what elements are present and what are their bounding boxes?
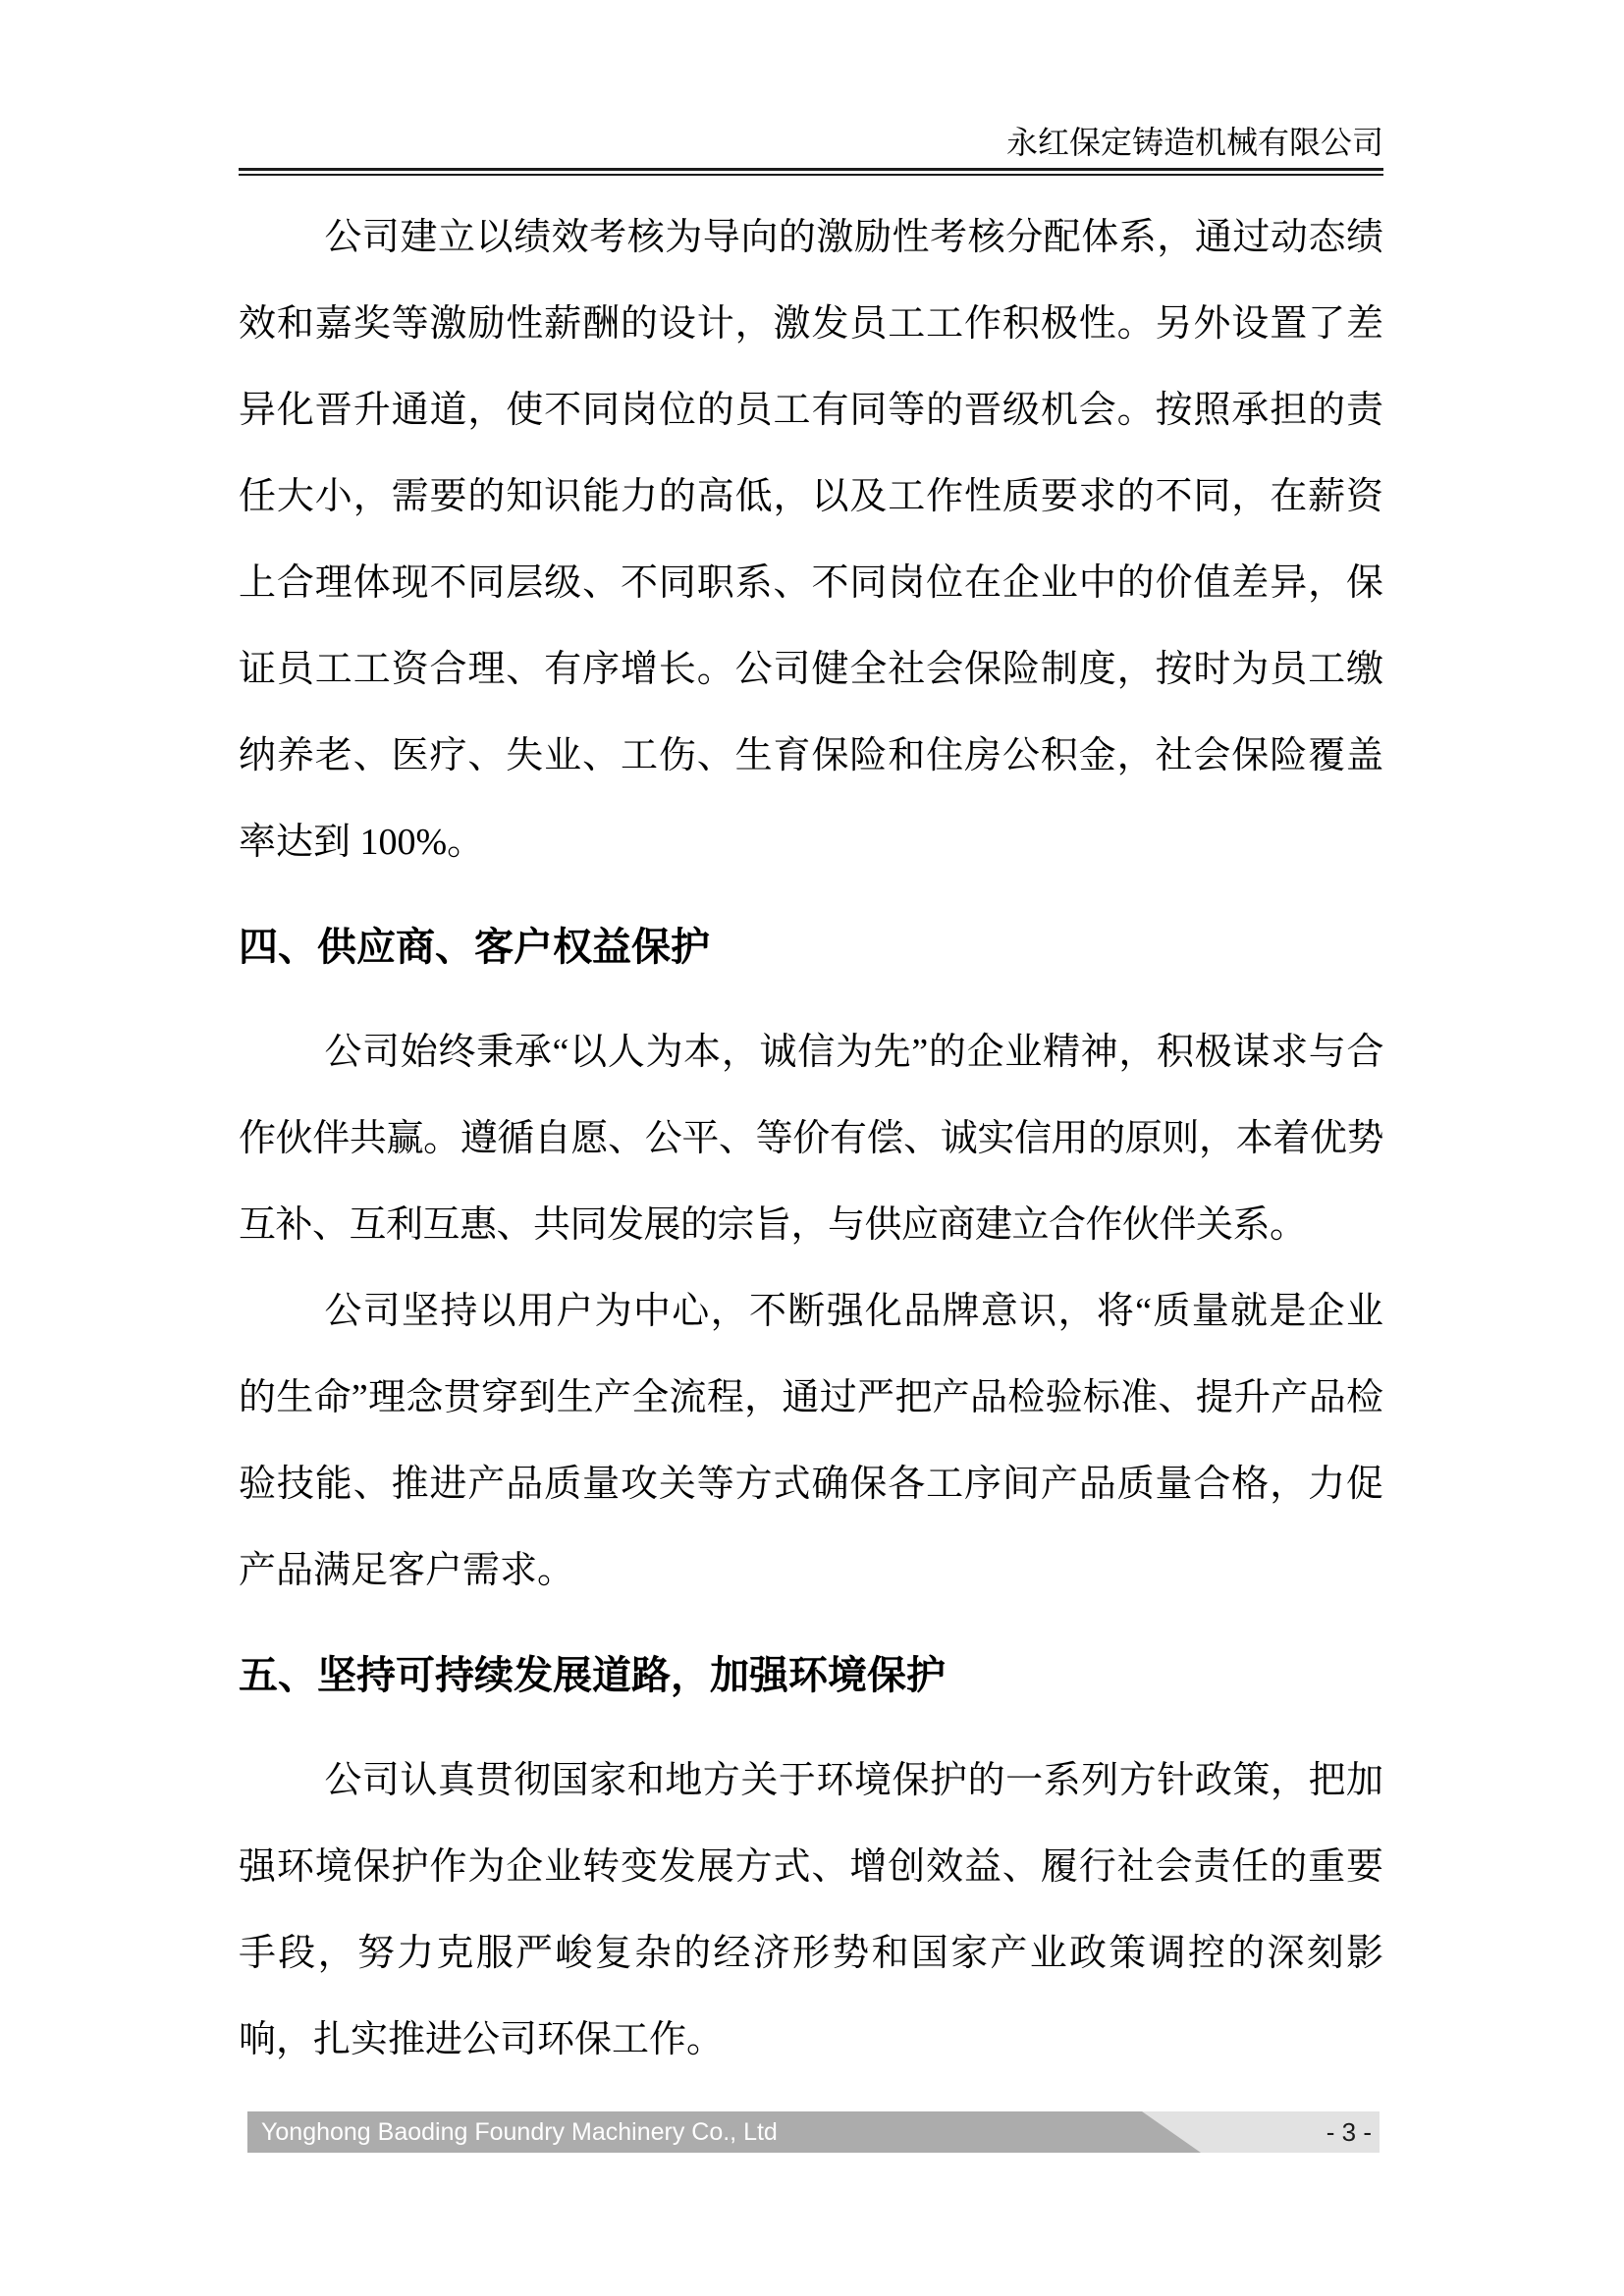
paragraph-supplier-partnership: 公司始终秉承“以人为本，诚信为先”的企业精神，积极谋求与合作伙伴共赢。遵循自愿、… (239, 1009, 1383, 1268)
paragraph-performance-incentives: 公司建立以绩效考核为导向的激励性考核分配体系，通过动态绩效和嘉奖等激励性薪酬的设… (239, 194, 1383, 885)
header-divider (239, 168, 1383, 176)
section-heading-supplier-customer-rights: 四、供应商、客户权益保护 (239, 904, 1383, 990)
header-company-name: 永红保定铸造机械有限公司 (239, 122, 1383, 163)
paragraph-customer-quality: 公司坚持以用户为中心，不断强化品牌意识，将“质量就是企业的生命”理念贯穿到生产全… (239, 1268, 1383, 1614)
paragraph-environment-policy: 公司认真贯彻国家和地方关于环境保护的一系列方针政策，把加强环境保护作为企业转变发… (239, 1737, 1383, 2083)
page-number: - 3 - (1326, 2111, 1372, 2153)
footer-company-name: Yonghong Baoding Foundry Machinery Co., … (261, 2111, 778, 2153)
document-body: 公司建立以绩效考核为导向的激励性考核分配体系，通过动态绩效和嘉奖等激励性薪酬的设… (239, 194, 1383, 2083)
page-footer: Yonghong Baoding Foundry Machinery Co., … (247, 2111, 1380, 2153)
section-heading-sustainable-environment: 五、坚持可持续发展道路，加强环境保护 (239, 1632, 1383, 1719)
